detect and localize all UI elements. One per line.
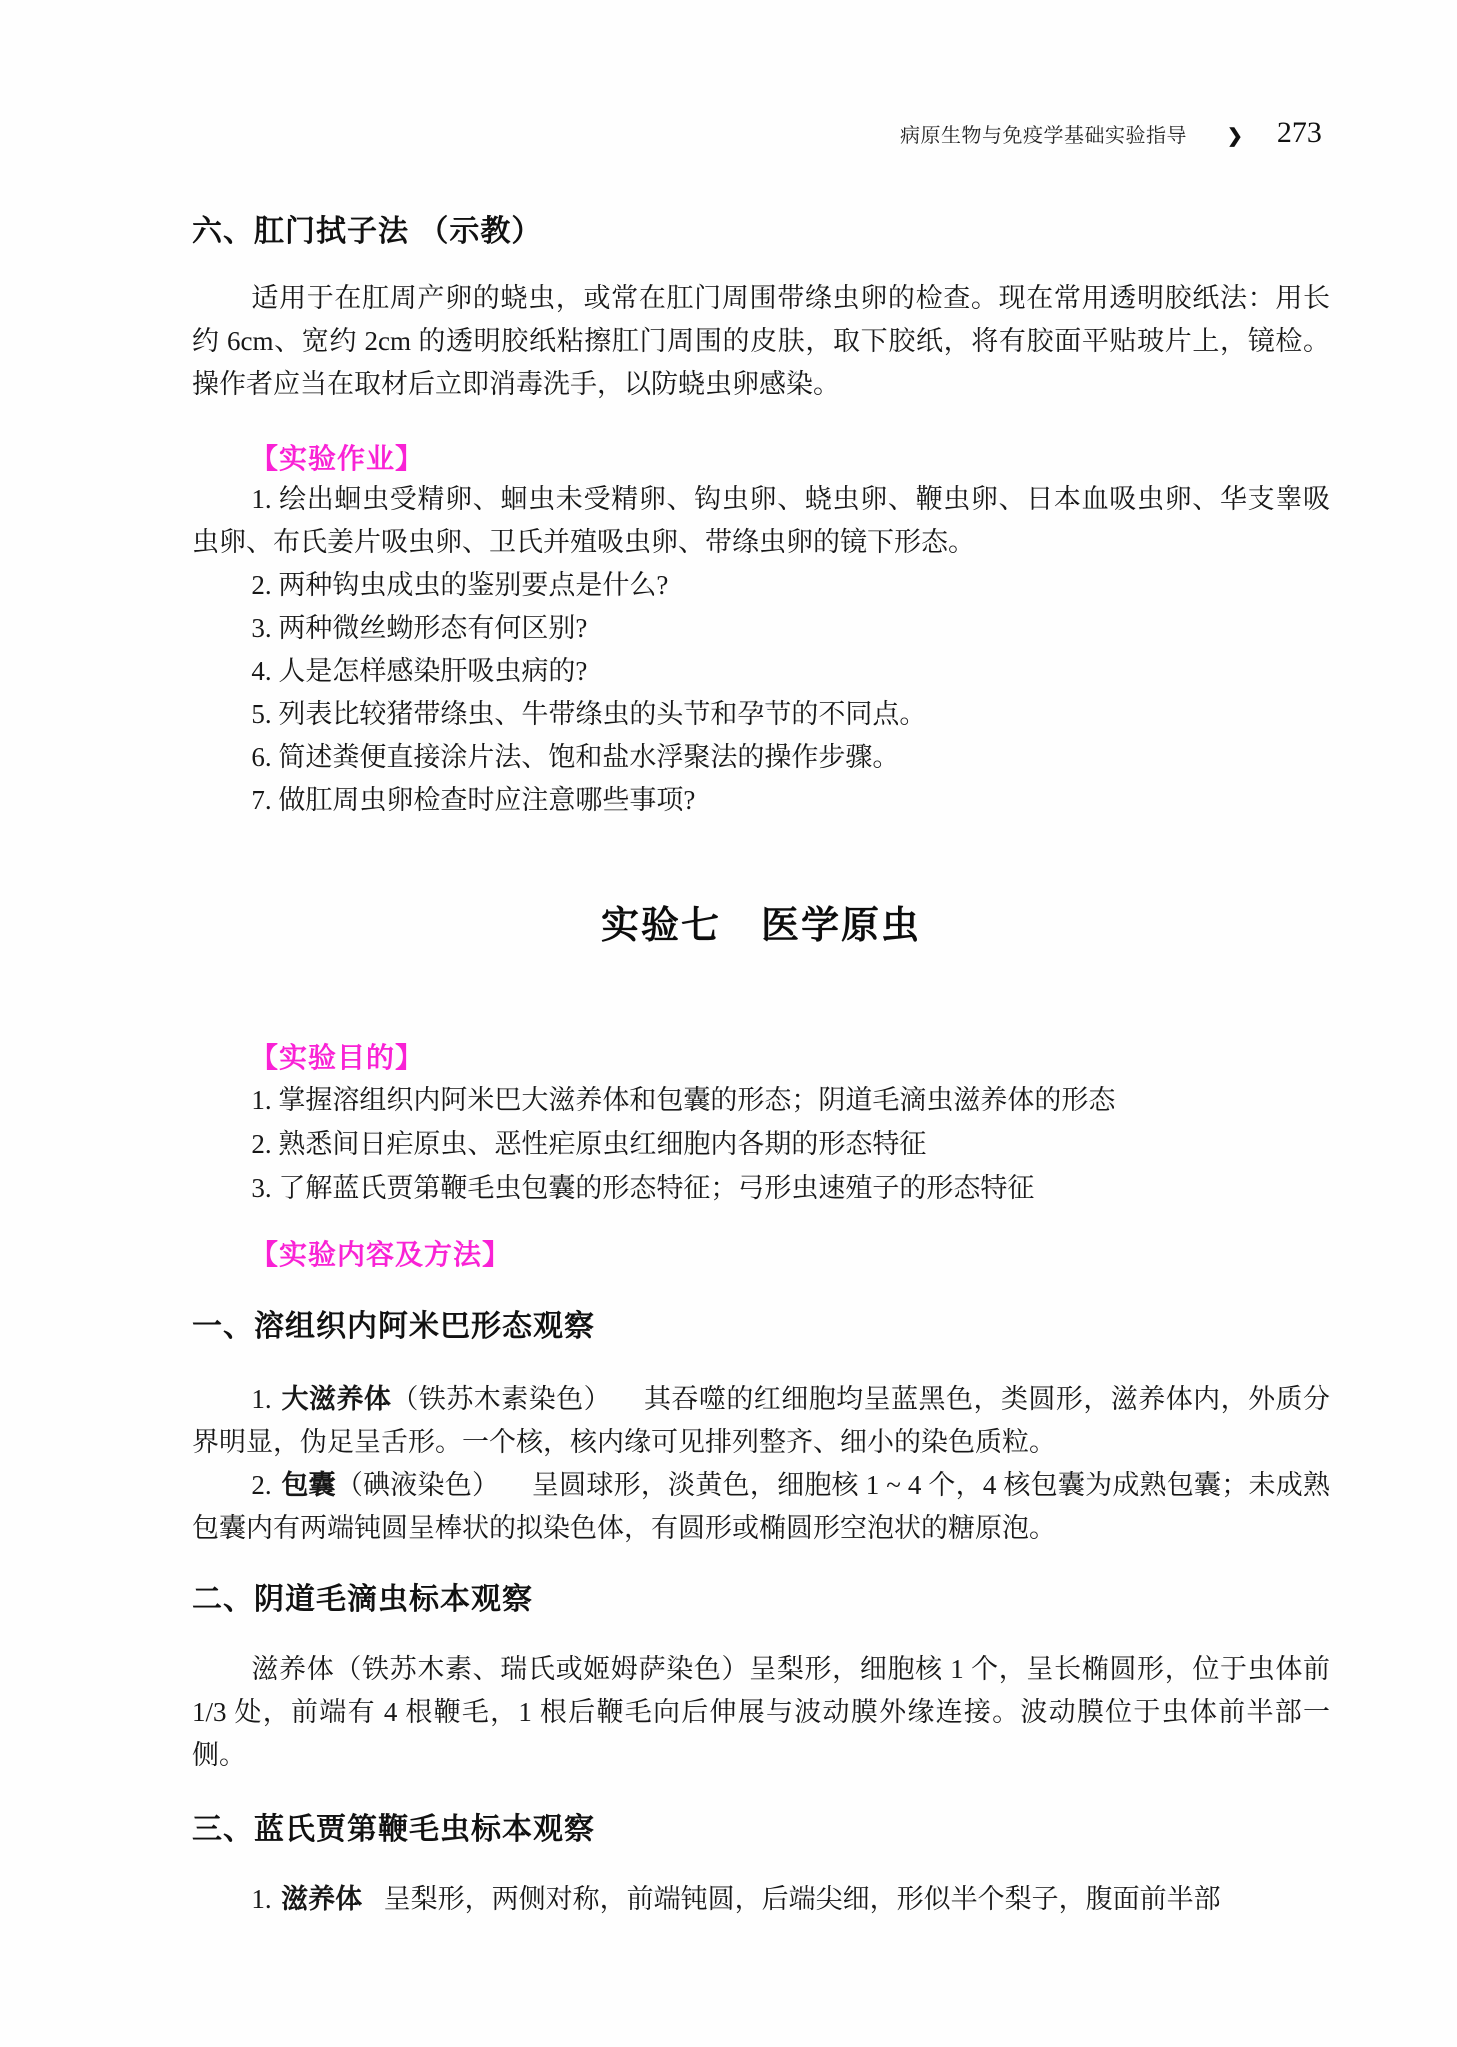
item-number: 1.	[251, 1884, 271, 1914]
homework-item: 7. 做肛周虫卵检查时应注意哪些事项?	[192, 779, 1330, 822]
item-description: 呈梨形，两侧对称，前端钝圆，后端尖细，形似半个梨子，腹面前半部	[384, 1884, 1221, 1914]
chevron-right-icon: ❯	[1227, 125, 1243, 148]
book-title: 病原生物与免疫学基础实验指导	[900, 119, 1187, 148]
purpose-item: 1. 掌握溶组织内阿米巴大滋养体和包囊的形态；阴道毛滴虫滋养体的形态	[192, 1078, 1330, 1122]
item-stain: （碘液染色）	[336, 1470, 499, 1500]
homework-label: 【实验作业】	[250, 437, 424, 477]
page-header: 病原生物与免疫学基础实验指导 ❯ 273	[900, 116, 1360, 150]
giardia-item: 1.滋养体呈梨形，两侧对称，前端钝圆，后端尖细，形似半个梨子，腹面前半部	[192, 1878, 1330, 1921]
trichomonas-heading: 二、阴道毛滴虫标本观察	[192, 1574, 1330, 1618]
homework-item: 5. 列表比较猪带绦虫、牛带绦虫的头节和孕节的不同点。	[192, 693, 1330, 736]
purpose-item: 2. 熟悉间日疟原虫、恶性疟原虫红细胞内各期的形态特征	[192, 1122, 1330, 1166]
item-term: 滋养体	[281, 1884, 362, 1914]
section-six-heading: 六、肛门拭子法 （示教）	[192, 206, 1330, 250]
homework-item: 4. 人是怎样感染肝吸虫病的?	[192, 650, 1330, 693]
item-number: 2.	[251, 1470, 271, 1500]
homework-item: 2. 两种钩虫成虫的鉴别要点是什么?	[192, 564, 1330, 607]
page: 病原生物与免疫学基础实验指导 ❯ 273 六、肛门拭子法 （示教） 适用于在肛周…	[0, 0, 1457, 2047]
purpose-list: 1. 掌握溶组织内阿米巴大滋养体和包囊的形态；阴道毛滴虫滋养体的形态 2. 熟悉…	[192, 1078, 1330, 1210]
homework-item: 3. 两种微丝蚴形态有何区别?	[192, 607, 1330, 650]
methods-label: 【实验内容及方法】	[250, 1233, 511, 1273]
item-stain: （铁苏木素染色）	[391, 1384, 611, 1414]
amoeba-item-cyst: 2.包囊（碘液染色）呈圆球形，淡黄色，细胞核 1 ~ 4 个，4 核包囊为成熟包…	[192, 1464, 1330, 1550]
giardia-heading: 三、蓝氏贾第鞭毛虫标本观察	[192, 1804, 1330, 1848]
item-number: 1.	[251, 1384, 271, 1414]
homework-item: 6. 简述粪便直接涂片法、饱和盐水浮聚法的操作步骤。	[192, 736, 1330, 779]
item-term: 包囊	[281, 1470, 336, 1500]
amoeba-item-trophozoite: 1.大滋养体（铁苏木素染色）其吞噬的红细胞均呈蓝黑色，类圆形，滋养体内，外质分界…	[192, 1378, 1330, 1464]
item-term: 大滋养体	[281, 1384, 391, 1414]
trichomonas-paragraph: 滋养体（铁苏木素、瑞氏或姬姆萨染色）呈梨形，细胞核 1 个，呈长椭圆形，位于虫体…	[192, 1648, 1330, 1777]
page-number: 273	[1277, 116, 1322, 150]
amoeba-heading: 一、溶组织内阿米巴形态观察	[192, 1301, 1330, 1345]
experiment-title: 实验七 医学原虫	[192, 894, 1330, 949]
section-six-paragraph: 适用于在肛周产卵的蛲虫，或常在肛门周围带绦虫卵的检查。现在常用透明胶纸法：用长约…	[192, 277, 1330, 406]
purpose-item: 3. 了解蓝氏贾第鞭毛虫包囊的形态特征；弓形虫速殖子的形态特征	[192, 1166, 1330, 1210]
purpose-label: 【实验目的】	[250, 1036, 424, 1076]
homework-list: 1. 绘出蛔虫受精卵、蛔虫未受精卵、钩虫卵、蛲虫卵、鞭虫卵、日本血吸虫卵、华支睾…	[192, 478, 1330, 822]
homework-item: 1. 绘出蛔虫受精卵、蛔虫未受精卵、钩虫卵、蛲虫卵、鞭虫卵、日本血吸虫卵、华支睾…	[192, 478, 1330, 564]
